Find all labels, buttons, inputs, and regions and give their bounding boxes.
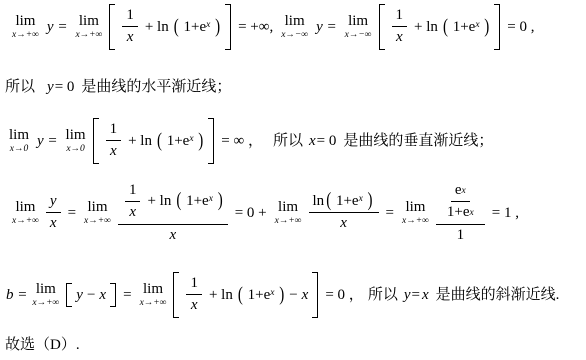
equals-zero: = 0 [317, 132, 337, 150]
lim-word: lim [278, 200, 298, 215]
denominator: x [46, 213, 61, 232]
limit-subscript: x→+∞ [84, 217, 111, 227]
y-equals: y = [316, 18, 337, 36]
limit-operator: lim x→−∞ [281, 14, 308, 41]
right-paren: ) [198, 129, 203, 153]
bracket-content: 1 x + ln ( 1+ex ) [99, 118, 209, 164]
equation-line-slope-limit: lim x→+∞ y x = lim x→+∞ 1 x + ln ( 1+ex … [8, 182, 523, 244]
bracketed-expression: 1 x + ln ( 1+ex ) [379, 4, 501, 50]
numerator-expression: 1 x + ln ( 1+ex ) [118, 182, 228, 225]
numerator: 1 [186, 275, 202, 295]
math-solution-page: lim x→+∞ y = lim x→+∞ 1 x + ln ( 1+ex ) [0, 0, 586, 360]
limit-operator: lim x→+∞ [12, 14, 39, 41]
limit-operator: lim x→+∞ [402, 200, 429, 227]
paren-group: ( 1+ex ) [442, 18, 490, 36]
denominator: x [392, 27, 407, 46]
limit-subscript: x→−∞ [281, 31, 308, 41]
equals-zero-plus: = 0 + [235, 204, 267, 222]
fraction-ex-over-one-plus-ex: ex 1+ex [443, 182, 478, 222]
exponent-x: x [475, 20, 479, 30]
plus-ln-operator: + ln [128, 132, 152, 150]
equals-sign: = [412, 286, 420, 304]
right-paren: ) [279, 283, 284, 307]
denominator: x [125, 202, 140, 221]
equals-zero: = 0 [55, 78, 75, 96]
numerator: y [46, 193, 61, 213]
b-equals: b = [6, 286, 27, 304]
numerator: 1 [392, 7, 408, 27]
bracket-content: 1 x + ln ( 1+ex ) [385, 4, 495, 50]
left-paren: ( [238, 283, 243, 307]
paren-group: ( 1+ex ) [173, 18, 221, 36]
variable-x: x [99, 286, 106, 304]
paren-group: ( 1+ex ) [237, 286, 285, 304]
equals-zero-comma: = 0 , [507, 18, 534, 36]
oblique-asymptote-text: 是曲线的斜渐近线. [436, 286, 560, 304]
numerator-expression: ln ( 1+ex ) [309, 193, 379, 213]
one-plus-e: 1+e [453, 19, 476, 35]
minus-operator: − [87, 286, 95, 304]
left-paren: ( [174, 15, 179, 39]
equals-sign: = [386, 204, 394, 222]
bracket-content: 1 x + ln ( 1+ex ) − x [179, 272, 312, 318]
limit-operator: lim x→+∞ [12, 200, 39, 227]
fraction-one-over-x: 1 x [122, 7, 138, 47]
therefore-text: 所以 [368, 286, 398, 304]
right-paren: ) [218, 190, 223, 213]
variable-y: y [404, 286, 411, 304]
one-plus-e: 1+e [186, 193, 209, 209]
denominator: x [123, 27, 138, 46]
limit-operator: lim x→+∞ [140, 282, 167, 309]
equals-sign: = [123, 286, 131, 304]
lim-word: lim [36, 282, 56, 297]
limit-subscript: x→−∞ [345, 31, 372, 41]
limit-operator: lim x→0 [66, 128, 86, 155]
answer-text: 故选（D）. [5, 336, 80, 354]
right-bracket [494, 4, 500, 50]
limit-subscript: x→+∞ [12, 217, 39, 227]
lim-word: lim [143, 282, 163, 297]
variable-y: y [47, 78, 54, 96]
therefore-text: 所以 [273, 132, 303, 150]
denominator: 1+ex [443, 202, 478, 221]
lim-word: lim [348, 14, 368, 29]
equation-line-oblique-asymptote: b = lim x→+∞ y − x = lim x→+∞ 1 x [5, 272, 559, 318]
equation-line-horizontal-asymptote: lim x→+∞ y = lim x→+∞ 1 x + ln ( 1+ex ) [8, 4, 539, 50]
ln-operator: ln [313, 193, 325, 210]
therefore-text: 所以 [5, 78, 35, 96]
variable-x: x [309, 132, 316, 150]
equation-line-vertical-asymptote: lim x→0 y = lim x→0 1 x + ln ( 1+ex ) [5, 118, 493, 164]
vertical-asymptote-text: 是曲线的垂直渐近线； [343, 132, 493, 150]
lim-word: lim [15, 200, 35, 215]
limit-operator: lim x→+∞ [32, 282, 59, 309]
limit-subscript: x→+∞ [32, 299, 59, 309]
variable-x: x [302, 286, 309, 304]
fraction-ln-over-x: ln ( 1+ex ) x [309, 193, 379, 233]
y-equals: y = [37, 132, 58, 150]
equals-sign: = [68, 204, 76, 222]
denominator: 1 [453, 225, 469, 244]
minus-operator: − [289, 286, 297, 304]
bracketed-expression: y − x [66, 283, 116, 307]
one-plus-e: 1+e [167, 133, 190, 149]
right-bracket [225, 4, 231, 50]
y-equals: y = [47, 18, 68, 36]
lim-word: lim [9, 128, 29, 143]
equals-zero-comma: = 0 ， [325, 286, 363, 304]
limit-operator: lim x→+∞ [275, 200, 302, 227]
right-bracket [312, 272, 318, 318]
one-plus-e: 1+e [248, 287, 271, 303]
right-paren: ) [368, 190, 373, 213]
one-plus-e: 1+e [447, 204, 470, 221]
equals-infinity-comma: = ∞ ， [221, 132, 263, 150]
limit-operator: lim x→0 [9, 128, 29, 155]
exponent-x: x [359, 194, 363, 204]
numerator: 1 [125, 182, 141, 202]
limit-subscript: x→+∞ [12, 31, 39, 41]
paren-group: ( 1+ex ) [175, 193, 223, 210]
one-plus-e: 1+e [336, 193, 359, 209]
exponent-x: x [189, 134, 193, 144]
bracketed-expression: 1 x + ln ( 1+ex ) − x [173, 272, 318, 318]
lim-word: lim [79, 14, 99, 29]
conclusion-horizontal-asymptote: 所以 y = 0 是曲线的水平渐近线； [5, 78, 231, 96]
limit-subscript: x→0 [10, 145, 28, 155]
bracketed-expression: 1 x + ln ( 1+ex ) [109, 4, 231, 50]
limit-operator: lim x→−∞ [345, 14, 372, 41]
fraction-one-over-x: 1 x [125, 182, 141, 222]
right-bracket [208, 118, 214, 164]
left-paren: ( [326, 190, 331, 213]
left-paren: ( [157, 129, 162, 153]
final-answer-line: 故选（D）. [5, 336, 80, 354]
exponent-x: x [206, 20, 210, 30]
limit-subscript: x→+∞ [140, 299, 167, 309]
fraction-one-over-x: 1 x [392, 7, 408, 47]
fraction-one-over-x: 1 x [186, 275, 202, 315]
limit-subscript: x→+∞ [402, 217, 429, 227]
bracketed-expression: 1 x + ln ( 1+ex ) [93, 118, 215, 164]
plus-ln-operator: + ln [145, 18, 169, 36]
fraction-y-over-x: y x [46, 193, 61, 233]
denominator: x [106, 141, 121, 160]
limit-operator: lim x→+∞ [84, 200, 111, 227]
numerator: 1 [106, 121, 122, 141]
limit-operator: lim x→+∞ [75, 14, 102, 41]
equals-plus-infinity: = +∞, [238, 18, 273, 36]
compound-fraction-ex: ex 1+ex 1 [436, 182, 485, 244]
lim-word: lim [15, 14, 35, 29]
plus-ln-operator: + ln [147, 193, 171, 210]
numerator-expression: ex 1+ex [436, 182, 485, 225]
plus-ln-operator: + ln [414, 18, 438, 36]
exponent-x: x [270, 288, 274, 298]
bracket-content: 1 x + ln ( 1+ex ) [115, 4, 225, 50]
lim-word: lim [66, 128, 86, 143]
equals-one-comma: = 1 , [492, 204, 519, 222]
right-paren: ) [215, 15, 220, 39]
horizontal-asymptote-text: 是曲线的水平渐近线； [81, 78, 231, 96]
variable-y: y [76, 286, 83, 304]
denominator: x [336, 213, 351, 232]
lim-word: lim [405, 200, 425, 215]
paren-group: ( 1+ex ) [325, 193, 373, 210]
exponent-x: x [209, 194, 213, 204]
one-plus-e: 1+e [183, 19, 206, 35]
numerator: 1 [122, 7, 138, 27]
fraction-one-over-x: 1 x [106, 121, 122, 161]
right-paren: ) [484, 15, 489, 39]
left-paren: ( [443, 15, 448, 39]
limit-subscript: x→+∞ [275, 217, 302, 227]
compound-fraction: 1 x + ln ( 1+ex ) x [118, 182, 228, 244]
numerator: ex [451, 182, 470, 202]
e-base: e [455, 182, 462, 199]
lim-word: lim [87, 200, 107, 215]
limit-subscript: x→0 [66, 145, 84, 155]
denominator: x [165, 225, 180, 244]
plus-ln-operator: + ln [209, 286, 233, 304]
denominator: x [187, 295, 202, 314]
variable-x: x [422, 286, 429, 304]
lim-word: lim [285, 14, 305, 29]
limit-subscript: x→+∞ [75, 31, 102, 41]
right-bracket [110, 283, 116, 307]
bracket-content: y − x [72, 283, 110, 307]
paren-group: ( 1+ex ) [156, 132, 204, 150]
left-paren: ( [176, 190, 181, 213]
